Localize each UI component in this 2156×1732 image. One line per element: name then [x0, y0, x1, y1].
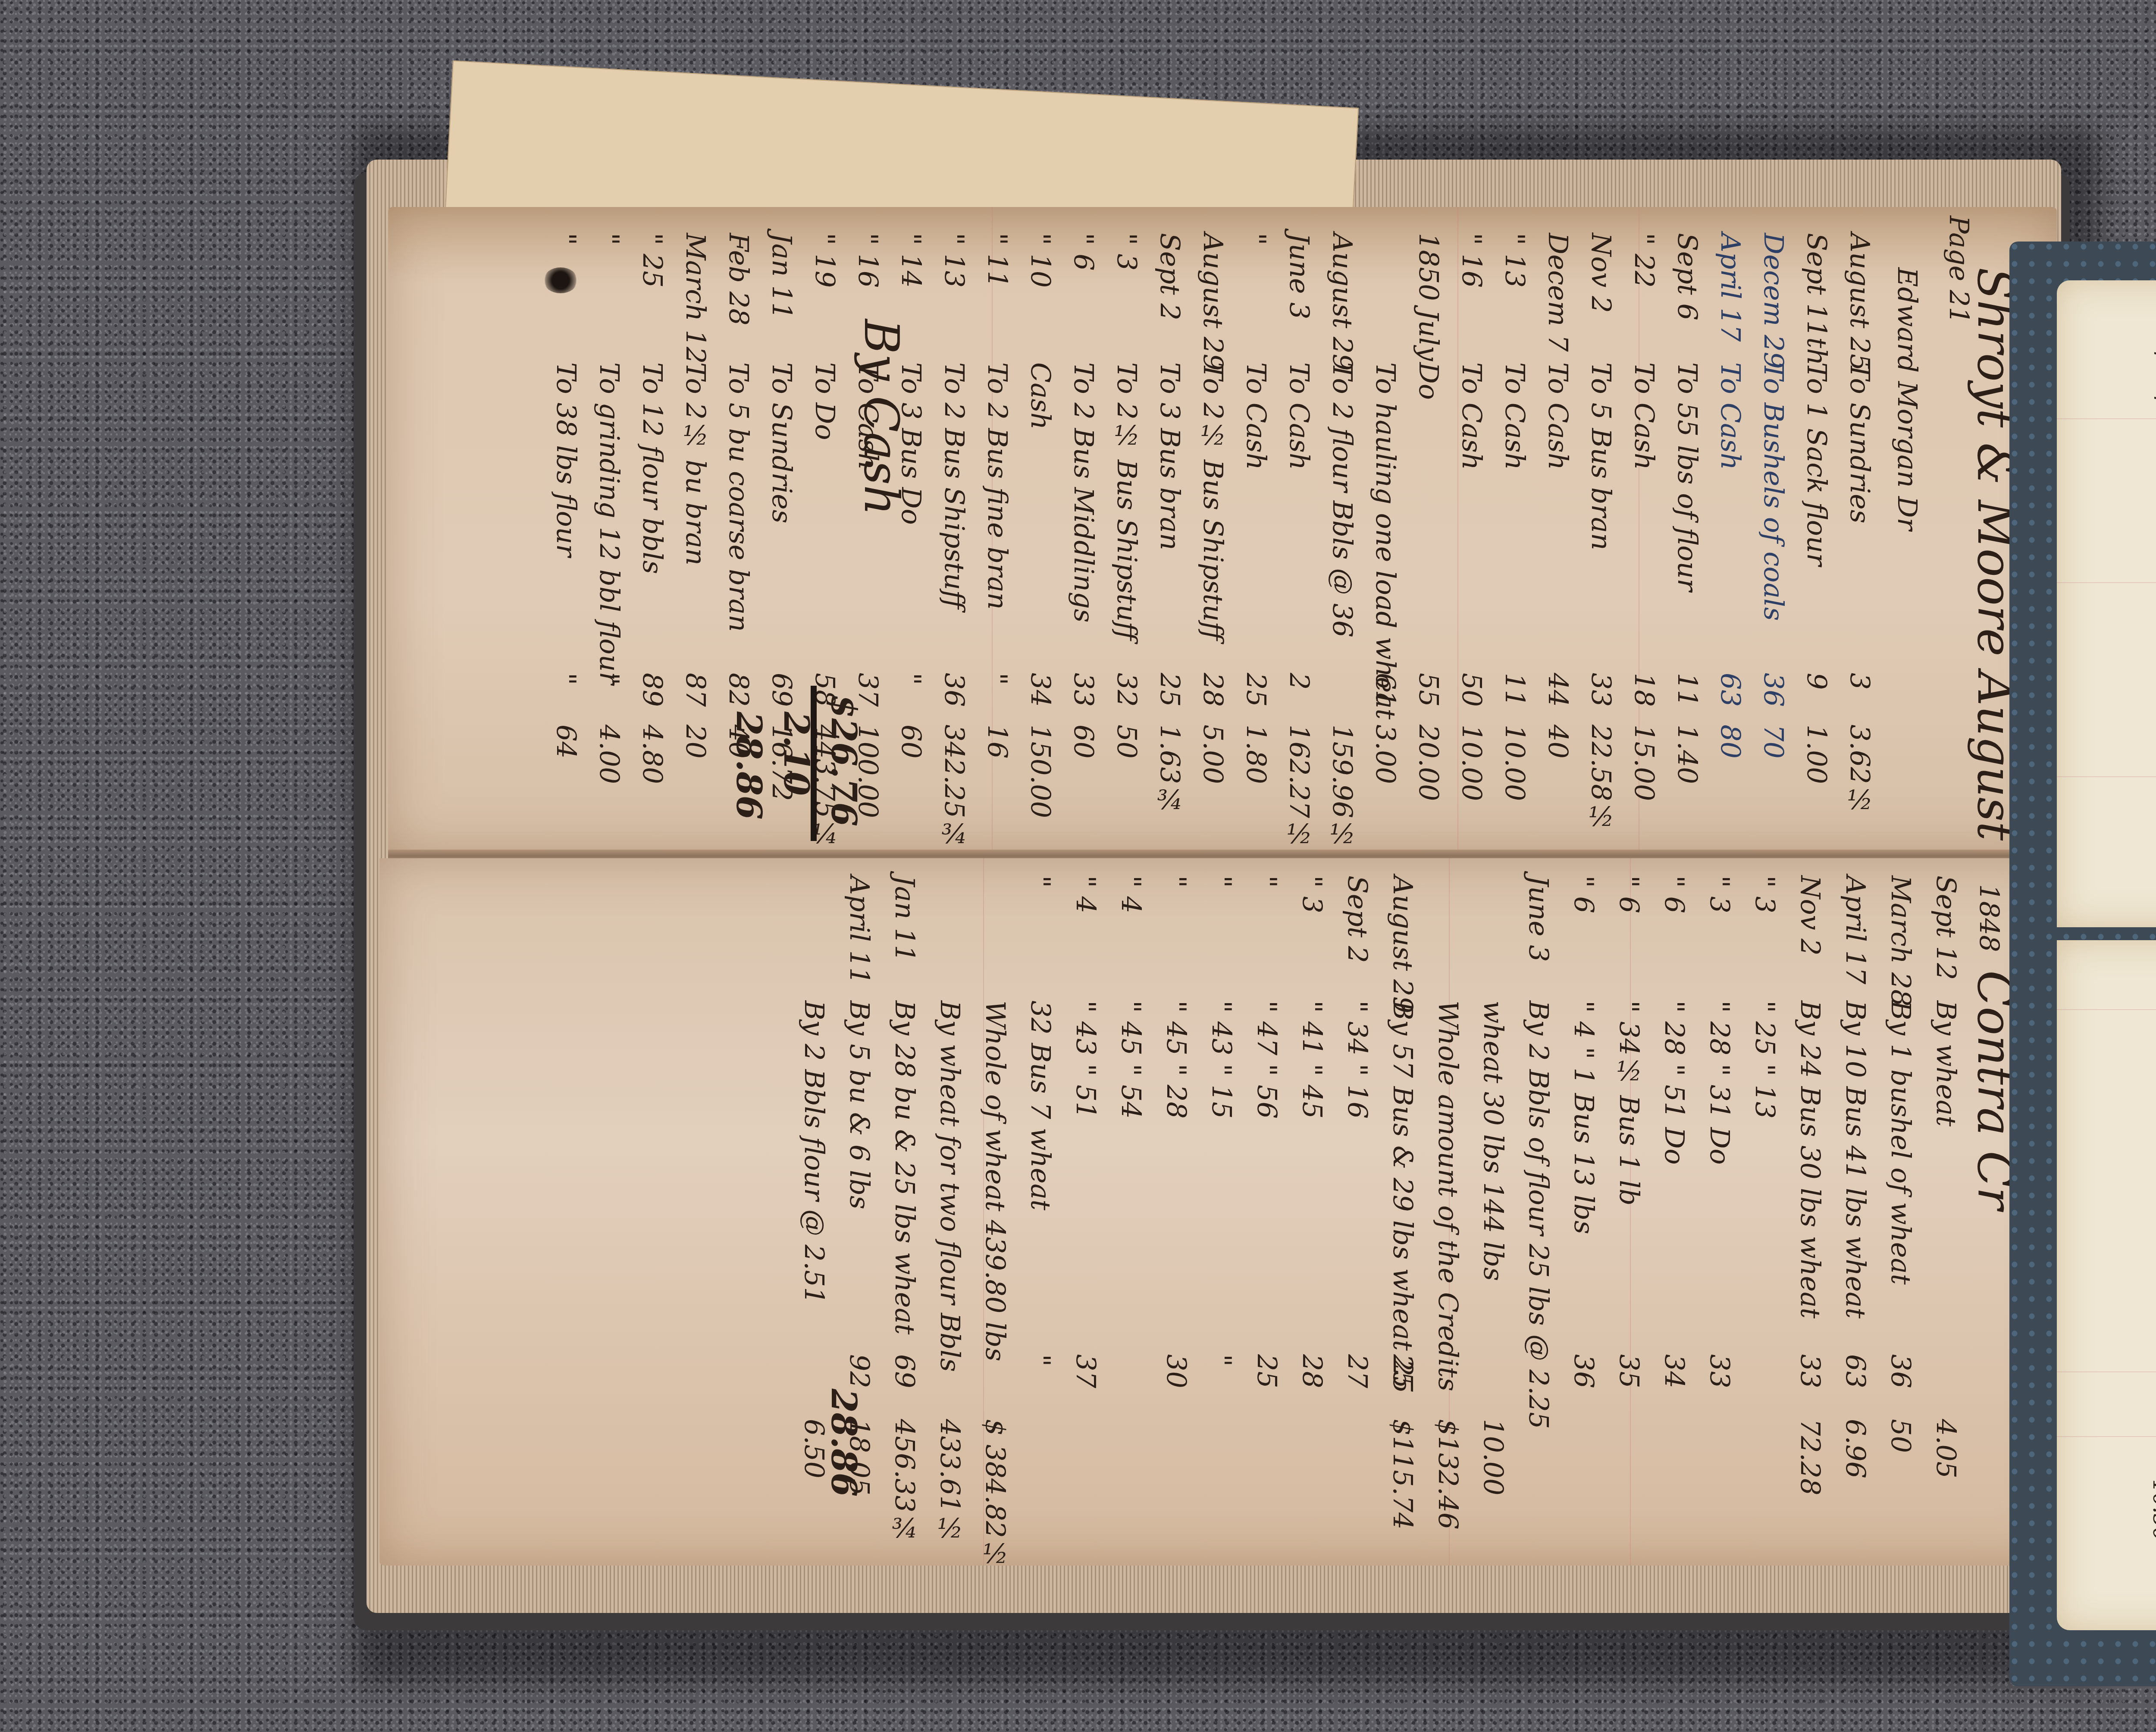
- entry-date: " 6: [1068, 233, 1100, 271]
- entry-description: By 24 Bus 30 lbs wheat: [1794, 1001, 1826, 1318]
- entry-amount: 50: [1111, 725, 1143, 759]
- entry-date: " 3: [1111, 233, 1143, 271]
- entry-date: April 11: [843, 875, 875, 984]
- entry-page: 28: [1296, 1354, 1328, 1388]
- entry-description: To 5 bu coarse bran: [723, 362, 755, 632]
- entry-page: 11: [1499, 673, 1531, 707]
- entry-date: March 12: [680, 233, 711, 364]
- entry-amount: 80: [1715, 725, 1746, 759]
- entry-description: To Cash: [1456, 362, 1488, 470]
- entry-page: 37: [1070, 1354, 1102, 1388]
- entry-description: To 2 flour Bbls @ 36: [1326, 362, 1358, 637]
- entry-description: To Cash: [1499, 362, 1531, 470]
- entry-description: To Do: [809, 362, 841, 440]
- entry-description: By wheat: [1930, 1001, 1962, 1126]
- entry-page: 34: [1025, 673, 1056, 707]
- total-line: 28.86: [729, 712, 769, 820]
- entry-page: 33: [1068, 673, 1100, 707]
- entry-amount: 6.96: [1840, 1419, 1871, 1478]
- entry-date: Feb 28: [723, 233, 755, 326]
- entry-amount: 60: [1068, 725, 1100, 759]
- entry-date: " 25: [636, 233, 668, 288]
- entry-description: By wheat for two flour Bbls: [934, 1001, 966, 1372]
- entry-date: March 28: [1885, 875, 1917, 1006]
- entry-date: Nov 2: [1794, 875, 1826, 956]
- entry-page: 92: [843, 1354, 875, 1388]
- entry-page: 11: [1671, 673, 1703, 707]
- entry-description: " 4 " 1 Bus 13 lbs: [1568, 1001, 1600, 1234]
- entry-page: 27: [1341, 1354, 1373, 1388]
- entry-date: August 29: [1197, 233, 1229, 371]
- entry-description: Whole of wheat 439.80 lbs: [979, 1001, 1011, 1361]
- entry-date: ": [593, 233, 625, 245]
- entry-amount: 159.96½: [1327, 725, 1358, 850]
- entry-description: By 28 bu & 25 lbs wheat: [889, 1001, 921, 1334]
- ruled-line: [2057, 1436, 2156, 1437]
- entry-amount: 1.63¾: [1154, 725, 1186, 816]
- entry-description: To Cash: [1628, 362, 1660, 470]
- entry-date: " 14: [895, 233, 927, 288]
- entry-date: Decem 7: [1542, 233, 1574, 352]
- right-total: 28.86: [824, 1389, 864, 1497]
- entry-page: 25: [1154, 673, 1186, 707]
- entry-description: " 25 " 13: [1749, 1001, 1781, 1119]
- entry-description: To Sundries: [766, 362, 798, 524]
- entry-page: 3: [1844, 673, 1876, 690]
- year-mark: 1848: [1973, 884, 2005, 952]
- entry-description: To 2 Bus fine bran: [981, 362, 1013, 610]
- entry-date: " 13: [938, 233, 970, 288]
- ruled-line: [2057, 418, 2156, 419]
- entry-date: August 25: [1844, 233, 1876, 371]
- entry-page: 30: [1160, 1354, 1192, 1388]
- entry-description: By 2 Bbls flour @ 2.51: [798, 1001, 830, 1304]
- entry-description: To 5 Bus bran: [1585, 362, 1617, 550]
- entry-page: 25: [1251, 1354, 1283, 1388]
- entry-date: " 22: [1628, 233, 1660, 288]
- entry-page: 50: [1456, 673, 1488, 707]
- entry-amount: 3.00: [1370, 725, 1401, 784]
- entry-date: Decem 29: [1758, 233, 1789, 369]
- entry-amount: $115.74: [1387, 1419, 1419, 1529]
- entry-page: 25: [1240, 673, 1272, 707]
- entry-description: To 3 Bus bran: [1154, 362, 1186, 550]
- entry-amount: 5.00: [1197, 725, 1229, 784]
- entry-page: 89: [636, 673, 668, 707]
- entry-amount: 22.58½: [1586, 725, 1617, 833]
- entry-page: ": [981, 673, 1013, 685]
- entry-date: April 17: [1839, 875, 1871, 984]
- entry-date: Jan 11: [889, 875, 921, 962]
- entry-page: 33: [1794, 1354, 1826, 1388]
- ruled-line: [1630, 858, 1631, 1566]
- entry-date: " 16: [852, 233, 884, 288]
- entry-amount: 456.33¾: [889, 1419, 921, 1544]
- entry-description: To grinding 12 bbl flour: [593, 362, 625, 684]
- entry-amount: 16: [982, 725, 1013, 759]
- entry-page: 63: [1714, 673, 1746, 707]
- entry-page: 18: [1628, 673, 1660, 707]
- entry-page: 61: [1369, 673, 1401, 707]
- main-ledger: Page 21 Shroyt & Moore August 25th 1848 …: [354, 60, 2078, 1630]
- entry-page: 36: [1568, 1354, 1600, 1388]
- entry-date: " 13: [1499, 233, 1531, 288]
- entry-date: 1850 July: [1413, 233, 1445, 361]
- entry-description: To 2½ Bus Shipstuff: [1111, 362, 1143, 640]
- entry-date: " 6: [1658, 875, 1690, 913]
- entry-date: " 10: [1025, 233, 1056, 288]
- entry-date: " 6: [1568, 875, 1600, 913]
- entry-amount: 162.27½: [1284, 725, 1315, 850]
- note-date: 1st Apr April 1851: [2153, 298, 2156, 492]
- entry-amount: 4.80: [637, 725, 668, 784]
- entry-amount: 10.00: [1456, 725, 1488, 801]
- entry-amount: 433.61½: [934, 1419, 966, 1544]
- entry-date: August 29: [1387, 875, 1419, 1013]
- entry-description: Cash: [1025, 362, 1056, 430]
- ruled-line: [2057, 776, 2156, 777]
- entry-description: " 28 " 31 Do: [1704, 1001, 1736, 1165]
- entry-amount: 150.00: [1025, 725, 1056, 818]
- entry-date: " 3: [1704, 875, 1736, 913]
- entry-page: ": [895, 673, 927, 685]
- entry-amount: 10.00: [1499, 725, 1531, 801]
- entry-page: ": [1025, 1354, 1056, 1367]
- entry-description: 32 Bus 7 wheat: [1025, 1001, 1056, 1210]
- entry-amount: 4.05: [1930, 1419, 1962, 1478]
- entry-page: 36: [1758, 673, 1789, 707]
- entry-description: Do: [1413, 362, 1445, 400]
- total-line: 2.10: [776, 712, 817, 796]
- entry-page: 33: [1704, 1354, 1736, 1388]
- entry-date: ": [1206, 875, 1238, 888]
- entry-date: Nov 2: [1585, 233, 1617, 313]
- entry-date: June 3: [1283, 233, 1315, 320]
- entry-date: Sept 11th: [1801, 233, 1833, 365]
- entry-amount: 70: [1758, 725, 1789, 759]
- entry-date: " 11: [981, 233, 1013, 288]
- entry-description: " 34 " 16: [1341, 1001, 1373, 1119]
- second-ledger: 1850 16th Sept 18491 Note on Richard Shi…: [2009, 242, 2156, 1686]
- entry-description: Whole amount of the Credits: [1432, 1001, 1464, 1391]
- entry-page: 28: [1197, 673, 1229, 707]
- by-cash-note: By Cash: [854, 319, 909, 515]
- entry-amount: $132.46: [1432, 1419, 1464, 1529]
- entry-description: By 2 Bbls of flour 25 lbs @ 2.25: [1523, 1001, 1554, 1429]
- right-page: 1848 Contra Cr Sept 12 By wheat 4.05 Mar…: [379, 858, 2061, 1566]
- entry-date: Jan 11: [766, 233, 798, 319]
- entry-amount: $ 384.82½: [980, 1419, 1011, 1569]
- entry-description: wheat 30 lbs 144 lbs: [1477, 1001, 1509, 1281]
- entry-date: " 3: [1296, 875, 1328, 913]
- entry-description: " 28 " 51 Do: [1658, 1001, 1690, 1165]
- entry-date: Sept 2: [1341, 875, 1373, 963]
- entry-description: " 45 " 28: [1160, 1001, 1192, 1119]
- entry-description: To Cash: [1240, 362, 1272, 470]
- entry-page: 63: [1839, 1354, 1871, 1388]
- entry-page: 9: [1801, 673, 1833, 690]
- entry-description: " 45 " 54: [1115, 1001, 1147, 1119]
- note-amount: 10.50: [2148, 1479, 2156, 1541]
- entry-description: To Sundries: [1844, 362, 1876, 524]
- entry-date: June 3: [1523, 875, 1554, 962]
- entry-date: ": [1025, 875, 1056, 888]
- ruled-line: [2057, 1009, 2156, 1010]
- entry-date: " 3: [1749, 875, 1781, 913]
- entry-date: " 4: [1115, 875, 1147, 913]
- entry-date: " 16: [1456, 233, 1488, 288]
- entry-page: 2: [1283, 673, 1315, 690]
- entry-description: To Cash: [1714, 362, 1746, 470]
- entry-amount: 1.80: [1241, 725, 1272, 784]
- entry-amount: 342.25¾: [939, 725, 970, 850]
- entry-amount: 15.00: [1629, 725, 1660, 801]
- entry-description: By 10 Bus 41 lbs wheat: [1839, 1001, 1871, 1318]
- entry-amount: 40: [1542, 725, 1574, 759]
- entry-page: 87: [680, 673, 711, 707]
- entry-amount: 1.00: [1801, 725, 1833, 784]
- entry-page: 33: [1585, 673, 1617, 707]
- entry-amount: 50: [1885, 1419, 1917, 1453]
- entry-date: ": [1160, 875, 1192, 888]
- entry-page: ": [593, 673, 625, 685]
- entry-amount: 3.62½: [1844, 725, 1876, 816]
- entry-date: August 29: [1326, 233, 1358, 371]
- entry-amount: 72.28: [1795, 1419, 1826, 1496]
- entry-description: " 43 " 15: [1206, 1001, 1238, 1119]
- entry-amount: 64: [551, 725, 582, 759]
- entry-page: 35: [1613, 1354, 1645, 1388]
- entry-date: Sept 12: [1930, 875, 1962, 980]
- ruled-line: [2057, 582, 2156, 583]
- second-ledger-top-page: 1850 16th Sept 18491 Note on Richard Shi…: [2057, 280, 2156, 927]
- entry-page: 69: [766, 673, 798, 707]
- entry-amount: 1.40: [1672, 725, 1703, 784]
- total-line: $26.76: [824, 694, 864, 826]
- entry-description: To 2 Bus Middlings: [1068, 362, 1100, 623]
- entry-page: 36: [938, 673, 970, 707]
- entry-page: ": [1206, 1354, 1238, 1367]
- entry-date: " 19: [809, 233, 841, 288]
- entry-amount: 20: [680, 725, 711, 759]
- entry-description: To 2 Bus Shipstuff: [938, 362, 970, 609]
- entry-page: 82: [723, 673, 755, 707]
- entry-page: 69: [889, 1354, 921, 1388]
- entry-description: To 1 Sack flour: [1801, 362, 1833, 566]
- entry-page: 44: [1542, 673, 1574, 707]
- entry-description: To 2½ Bus Shipstuff: [1197, 362, 1229, 640]
- entry-description: To 2½ bu bran: [680, 362, 711, 565]
- entry-amount: 10.00: [1478, 1419, 1509, 1496]
- left-page: Page 21 Shroyt & Moore August 25th 1848 …: [388, 207, 2057, 854]
- entry-page: 34: [1658, 1354, 1690, 1388]
- entry-page: 55: [1413, 673, 1445, 707]
- entry-description: To Cash: [1542, 362, 1574, 470]
- entry-page: 36: [1885, 1354, 1917, 1388]
- second-ledger-bottom-page: Oct 16th 1852principal & Interest$165.35…: [2057, 940, 2156, 1630]
- entry-description: " 47 " 56: [1251, 1001, 1283, 1119]
- entry-date: ": [1240, 233, 1272, 245]
- entry-description: To Bushels of coals: [1758, 362, 1789, 621]
- entry-description: To hauling one load wheat: [1369, 362, 1401, 719]
- entry-description: By 57 Bus & 29 lbs wheat 25: [1387, 1001, 1419, 1393]
- ruled-line: [2057, 1371, 2156, 1372]
- entry-date: " 4: [1070, 875, 1102, 913]
- entry-date: Sept 6: [1671, 233, 1703, 320]
- account-name: Edward Morgan Dr: [1891, 267, 1923, 530]
- entry-page: 25: [1387, 1354, 1419, 1388]
- entry-description: " 41 " 45: [1296, 1001, 1328, 1119]
- entry-amount: 60: [896, 725, 927, 759]
- entry-description: To 12 flour bbls: [636, 362, 668, 574]
- entry-date: ": [1251, 875, 1283, 888]
- entry-description: To 55 lbs of flour: [1671, 362, 1703, 591]
- ink-blot: [543, 267, 578, 293]
- entry-amount: 20.00: [1413, 725, 1445, 801]
- entry-page: 32: [1111, 673, 1143, 707]
- entry-description: " 43 " 51: [1070, 1001, 1102, 1119]
- entry-date: April 17: [1714, 233, 1746, 342]
- entry-description: To 38 lbs flour: [550, 362, 582, 557]
- entry-date: " 6: [1613, 875, 1645, 913]
- entry-description: By 5 bu & 6 lbs: [843, 1001, 875, 1209]
- entry-description: " 34½ Bus 1 lb: [1613, 1001, 1645, 1206]
- entry-date: ": [550, 233, 582, 245]
- entry-description: By 1 bushel of wheat: [1885, 1001, 1917, 1285]
- entry-date: Sept 2: [1154, 233, 1186, 320]
- entry-amount: 4.00: [594, 725, 625, 784]
- entry-description: To Cash: [1283, 362, 1315, 470]
- entry-page: ": [550, 673, 582, 685]
